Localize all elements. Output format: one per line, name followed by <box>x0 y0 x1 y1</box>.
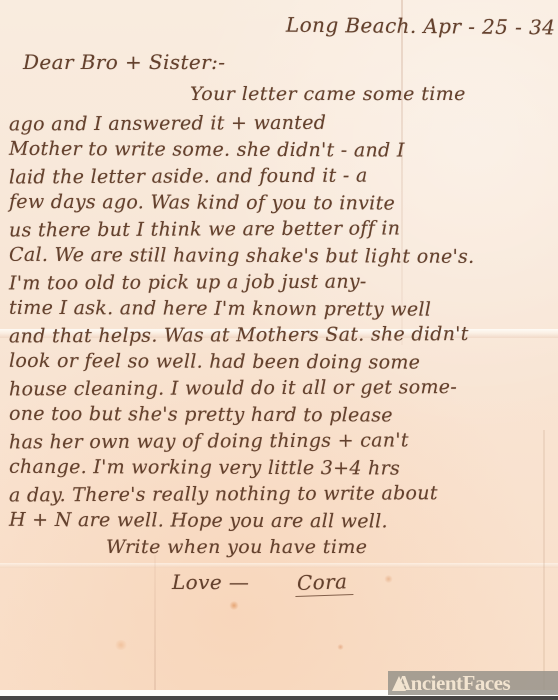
paper-stain <box>229 601 239 610</box>
letter-dateline: Long Beach. Apr - 25 - 34 <box>286 13 556 40</box>
letter-signoff: Love — Cora <box>172 570 354 596</box>
paper-stain <box>337 644 344 650</box>
letter-line: Mother to write some. she didn't - and I <box>9 135 554 164</box>
letter-opening-line: Your letter came some time <box>190 83 466 105</box>
letter-line: few days ago. Was kind of you to invite <box>9 188 554 217</box>
ancientfaces-watermark: AncientFaces <box>388 671 558 695</box>
letter-line: Cal. We are still having shake's but lig… <box>9 241 554 270</box>
paper-stain <box>114 640 128 650</box>
letter-line: us there but I think we are better off i… <box>9 215 554 244</box>
letter-salutation: Dear Bro + Sister:- <box>23 50 225 74</box>
scan-edge-dark <box>0 696 558 700</box>
watermark-text: AncientFaces <box>396 671 510 695</box>
letter-line: I'm too old to pick up a job just any- <box>9 268 554 297</box>
letter-line: a day. There's really nothing to write a… <box>9 480 554 509</box>
paper-stain <box>384 575 393 583</box>
letter-line: and that helps. Was at Mothers Sat. she … <box>9 321 554 350</box>
letter-scan: Long Beach. Apr - 25 - 34 Dear Bro + Sis… <box>0 0 558 700</box>
letter-line: one too but she's pretty hard to please <box>9 400 554 429</box>
signoff-word: Love — <box>172 570 249 596</box>
letter-line: ago and I answered it + wanted <box>9 109 554 138</box>
vertical-crease-bottom <box>154 555 156 700</box>
letter-body: ago and I answered it + wanted Mother to… <box>9 110 554 534</box>
letter-line: H + N are well. Hope you are all well. <box>9 506 554 535</box>
letter-line: laid the letter aside. and found it - a <box>9 162 554 191</box>
letter-line: time I ask. and here I'm known pretty we… <box>9 294 554 323</box>
letter-line: house cleaning. I would do it all or get… <box>9 374 554 403</box>
letter-closing-line: Write when you have time <box>106 536 367 558</box>
letter-line: has her own way of doing things + can't <box>9 427 554 456</box>
letter-line: look or feel so well. had been doing som… <box>9 347 554 376</box>
lower-fold-crease <box>0 563 558 568</box>
signature-name: Cora <box>295 569 354 597</box>
letter-line: change. I'm working very little 3+4 hrs <box>9 453 554 482</box>
